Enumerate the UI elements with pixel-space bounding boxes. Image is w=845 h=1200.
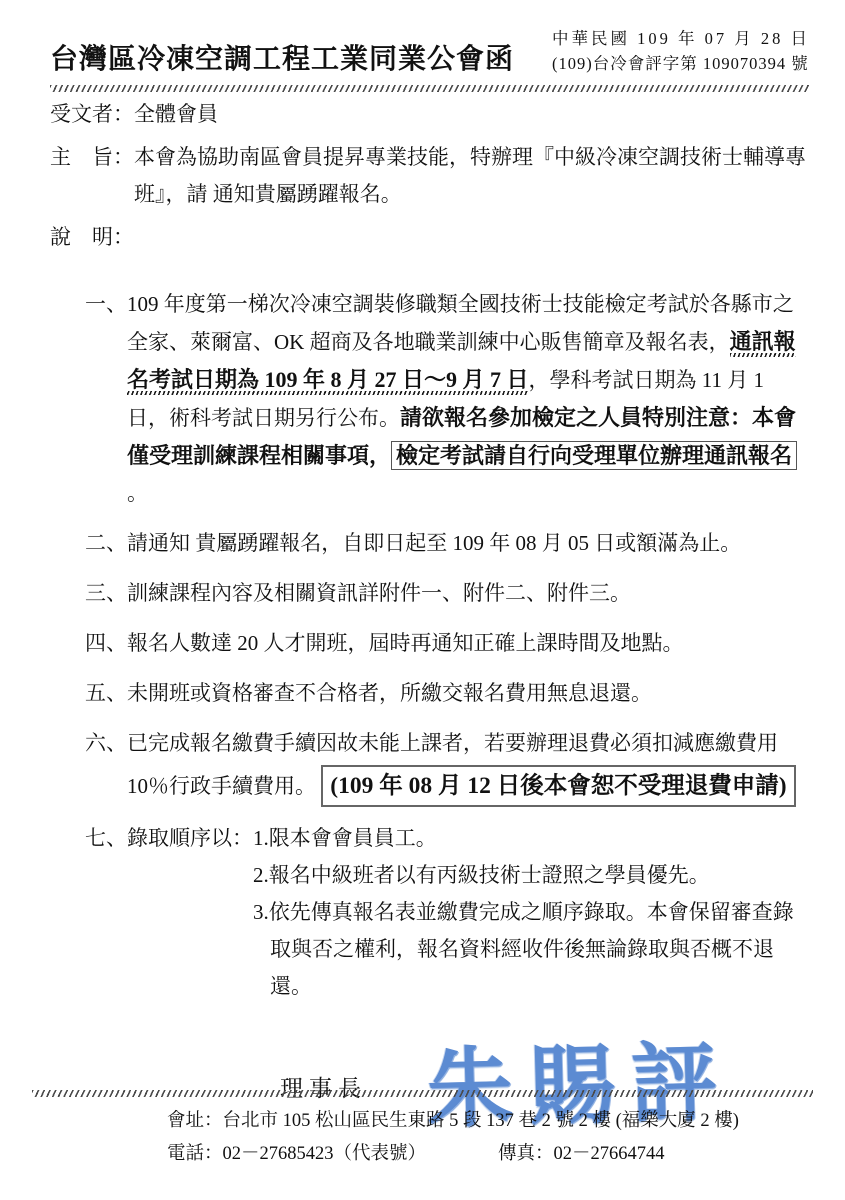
item-number: 三、 (85, 575, 127, 612)
recipient-line: 受文者：全體會員 (50, 96, 810, 133)
explanation-items: 一、 109 年度第一梯次冷凍空調裝修職類全國技術士技能檢定考試於各縣市之全家、… (85, 286, 810, 1005)
subject-label: 主 旨： (50, 139, 134, 213)
subject-line: 主 旨： 本會為協助南區會員提昇專業技能，特辦理『中級冷凍空調技術士輔導專班』，… (50, 139, 810, 213)
recipient-value: 全體會員 (134, 102, 218, 126)
item1-text: 109 年度第一梯次冷凍空調裝修職類全國技術士技能檢定考試於各縣市之全家、萊爾富… (127, 292, 794, 354)
item-number: 一、 (85, 286, 127, 512)
explanation-label: 說 明： (50, 219, 810, 256)
item-number: 六、 (85, 725, 127, 807)
footer-phone: 電話：02－27685423（代表號） (167, 1144, 426, 1164)
footer-divider (32, 1090, 813, 1097)
item-number: 二、 (85, 525, 127, 562)
item-body: 109 年度第一梯次冷凍空調裝修職類全國技術士技能檢定考試於各縣市之全家、萊爾富… (127, 286, 810, 512)
letter-content: 台灣區冷凍空調工程工業同業公會函 中華民國 109 年 07 月 28 日 (1… (0, 0, 845, 1141)
priority-sublist: 1.限本會會員員工。 2.報名中級班者以有丙級技術士證照之學員優先。 3.依先傳… (253, 820, 810, 1005)
item-body: 已完成報名繳費手續因故未能上課者，若要辦理退費必須扣減應繳費用 10％行政手續費… (127, 725, 810, 807)
list-item-4: 四、 報名人數達 20 人才開班，屆時再通知正確上課時間及地點。 (85, 625, 810, 662)
sub-item-2: 2.報名中級班者以有丙級技術士證照之學員優先。 (253, 857, 810, 894)
date-line: 中華民國 109 年 07 月 28 日 (552, 26, 810, 51)
letter-header: 台灣區冷凍空調工程工業同業公會函 中華民國 109 年 07 月 28 日 (1… (50, 26, 810, 78)
item-number: 七、 (85, 820, 127, 1005)
list-item-2: 二、 請通知 貴屬踴躍報名，自即日起至 109 年 08 月 05 日或額滿為止… (85, 525, 810, 562)
item-body: 錄取順序以： 1.限本會會員員工。 2.報名中級班者以有丙級技術士證照之學員優先… (127, 820, 810, 1005)
list-item-5: 五、 未開班或資格審查不合格者，所繳交報名費用無息退還。 (85, 675, 810, 712)
item-body: 請通知 貴屬踴躍報名，自即日起至 109 年 08 月 05 日或額滿為止。 (127, 525, 810, 562)
item-body: 未開班或資格審查不合格者，所繳交報名費用無息退還。 (127, 675, 810, 712)
item-number: 四、 (85, 625, 127, 662)
list-item-6: 六、 已完成報名繳費手續因故未能上課者，若要辦理退費必須扣減應繳費用 10％行政… (85, 725, 810, 807)
footer-contact-line: 電話：02－27685423（代表號）傳真：02－27664744 (32, 1138, 813, 1171)
list-item-7: 七、 錄取順序以： 1.限本會會員員工。 2.報名中級班者以有丙級技術士證照之學… (85, 820, 810, 1005)
document-page: 台灣區冷凍空調工程工業同業公會函 中華民國 109 年 07 月 28 日 (1… (0, 0, 845, 1200)
letter-footer: 會址：台北市 105 松山區民生東路 5 段 137 巷 2 號 2 樓 (福樂… (0, 1090, 845, 1200)
item1-period: 。 (127, 481, 148, 505)
list-item-3: 三、 訓練課程內容及相關資訊詳附件一、附件二、附件三。 (85, 575, 810, 612)
sub-item-3: 3.依先傳真報名表並繳費完成之順序錄取。本會保留審查錄取與否之權利，報名資料經收… (253, 894, 810, 1005)
ref-number-line: (109)台冷會評字第 109070394 號 (552, 51, 810, 76)
org-title: 台灣區冷凍空調工程工業同業公會函 (50, 42, 514, 78)
item-body: 報名人數達 20 人才開班，屆時再通知正確上課時間及地點。 (127, 625, 810, 662)
footer-fax: 傳真：02－27664744 (498, 1144, 665, 1164)
recipient-label: 受文者： (50, 102, 134, 126)
item-body: 訓練課程內容及相關資訊詳附件一、附件二、附件三。 (127, 575, 810, 612)
date-ref-block: 中華民國 109 年 07 月 28 日 (109)台冷會評字第 1090703… (552, 26, 810, 78)
footer-address: 會址：台北市 105 松山區民生東路 5 段 137 巷 2 號 2 樓 (福樂… (32, 1105, 813, 1138)
list-item-1: 一、 109 年度第一梯次冷凍空調裝修職類全國技術士技能檢定考試於各縣市之全家、… (85, 286, 810, 512)
header-divider (50, 85, 810, 92)
item1-boxed-notice: 檢定考試請自行向受理單位辦理通訊報名 (391, 441, 797, 470)
refund-deadline-boxed-note: (109 年 08 月 12 日後本會恕不受理退費申請) (321, 765, 795, 807)
sub-item-1: 1.限本會會員員工。 (253, 820, 810, 857)
subject-text: 本會為協助南區會員提昇專業技能，特辦理『中級冷凍空調技術士輔導專班』，請 通知貴… (134, 139, 810, 213)
item-number: 五、 (85, 675, 127, 712)
item7-lead: 錄取順序以： (127, 820, 253, 1005)
